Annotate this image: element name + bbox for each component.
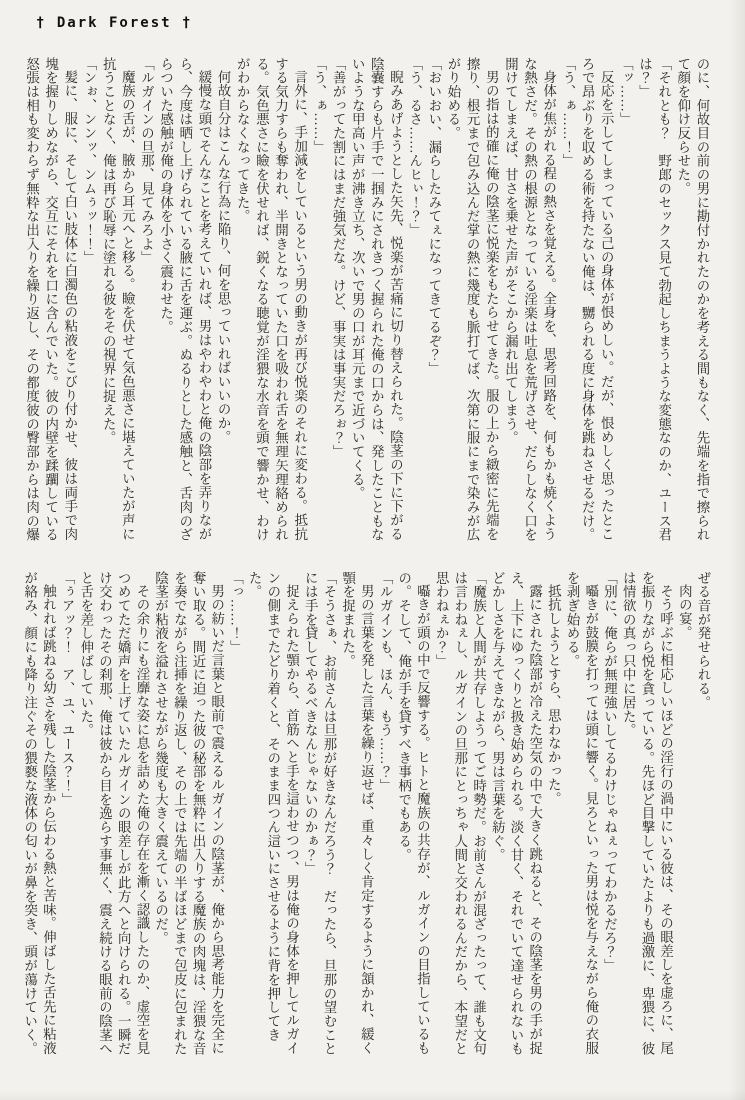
paragraph: 「善がってた割にはまだ強気だな。けど、事実は事実だろぉ？」 — [329, 57, 348, 543]
paragraph: 「そうさぁ、お前さんは旦那が好きなんだろう？ だったら、旦那の望むことには手を貸… — [301, 571, 338, 1059]
scanned-novel-page: † Dark Forest † のに、何故目の前の男に勘付かれたのかを考える間も… — [0, 0, 745, 1100]
paragraph: 「魔族と人間が共存しようってご時勢だ。お前さんが混ざったって、誰も文句は言わねぇ… — [431, 571, 487, 1059]
page-title: † Dark Forest † — [36, 15, 192, 31]
paragraph: 「ぅアッ？！ ア、ユ、ユース？！」 — [57, 571, 76, 1059]
paragraph: 睨みあげようとした矢先、悦楽が苦痛に切り替えられた。陰茎の下に下がる陰嚢すらも片… — [348, 57, 405, 543]
paragraph: 「う、ぁ……！」 — [559, 57, 578, 543]
paragraph: 「っ……！」 — [226, 571, 245, 1059]
paragraph: 男の紡いだ言葉と眼前で震えるルガインの陰茎が、俺から思考能力を完全に奪い取る。間… — [151, 571, 226, 1059]
paragraph: 身体が焦がれる程の熱さを覚える。全身を、思考回路を、何もかも焼くような熱さだ。そ… — [501, 57, 558, 543]
page-bottom-shadow — [0, 1090, 745, 1100]
paragraph: 男の指は的確に俺の陰茎に悦楽をもたらせてきた。服の上から緻密に先端を擦り、根元ま… — [444, 57, 501, 543]
paragraph: 肉の宴。 — [675, 571, 694, 1059]
paragraph: 「う、るさ……んヒぃ！？」 — [406, 57, 425, 543]
paragraph: その余りにも淫靡な姿に息を詰めた俺の存在を漸く認識したのか、虚空を見つめてただ嬌… — [76, 571, 151, 1059]
paragraph: のに、何故目の前の男に勘付かれたのかを考える間もなく、先端を指で擦られて顔を仰け… — [674, 57, 712, 543]
paragraph: そう呼ぶに相応しいほどの淫行の渦中にいる彼は、その眼差しを虚ろに、尾を振りながら… — [618, 571, 674, 1059]
paragraph: 緩慢な頭でそんなことを考えていれば、男はやわやわと俺の陰部を弄りながら、今度は晒… — [156, 57, 213, 543]
paragraph: 「ルガインの旦那、見てみろよ」 — [137, 57, 156, 543]
paragraph: 「それとも？ 野郎のセックス見て勃起しちまうような変態なのか、ユース君は？」 — [635, 57, 673, 543]
paragraph: 抵抗しようとすら、思わなかった。 — [544, 571, 563, 1059]
paragraph: 露にされた陰部が冷えた空気の中で大きく跳ねると、その陰茎を男の手が捉え、上下にゆ… — [488, 571, 544, 1059]
paragraph: 反応を示してしまっている己の身体が恨めしい。だが、恨めしく思ったところで昂ぶりを… — [578, 57, 616, 543]
paragraph: 「ンぉ、ンンッ、ンムぅッ！！」 — [80, 57, 99, 543]
text-block-top: のに、何故目の前の男に勘付かれたのかを考える間もなく、先端を指で擦られて顔を仰け… — [34, 57, 712, 543]
page-edge-shadow — [729, 0, 745, 1100]
text-block-bottom: ぜる音が発せられる。肉の宴。そう呼ぶに相応しいほどの淫行の渦中にいる彼は、その眼… — [34, 571, 712, 1059]
paragraph: 髪に、服に、そして白い肢体に白濁色の粘液をこびり付かせ、彼は両手で肉塊を握りしめ… — [22, 57, 79, 543]
paragraph: 魔族の舌が、腋から耳元へと移る。瞼を伏せて気色悪さに堪えていたが声に抗うことなく… — [99, 57, 137, 543]
paragraph: 捉えられた顎から、首筋へと手を這わせつつ、男は俺の身体を押してルガインの側までた… — [244, 571, 300, 1059]
paragraph: ぜる音が発せられる。 — [693, 571, 712, 1059]
paragraph: 男の言葉を発した言葉を繰り返せば、重々しく肯定するように頷かれ、緩く顎を捉まれた… — [338, 571, 375, 1059]
paragraph: 「ルガインも、ほん、もう……？」 — [375, 571, 394, 1059]
paragraph: 「う、ぁ……」 — [310, 57, 329, 543]
paragraph: 囁きが鼓膜を打っては頭に響く。見ろといった男は悦を与えながら俺の衣服を剥ぎ始める… — [562, 571, 599, 1059]
paragraph: 囁きが頭の中で反響する。ヒトと魔族の共存が、ルガインの目指しているもの。そして、… — [394, 571, 431, 1059]
paragraph: 触れれば跳ねる幼さを残した陰茎から伝わる熱と苦味。伸ばした舌先に粘液が絡み、顔に… — [20, 571, 57, 1059]
paragraph: 「別に、俺らが無理強いしてるわけじゃねぇってわかるだろ？」 — [600, 571, 619, 1059]
paragraph: 「ッ……」 — [616, 57, 635, 543]
paragraph: 何故自分はこんな行為に陥り、何を思っていればいいのか。 — [214, 57, 233, 543]
paragraph: 「おいおい、漏らしたみてぇになってきてるぞ？」 — [425, 57, 444, 543]
paragraph: 言外に、手加減をしているという男の動きが再び悦楽のそれに変わる。抵抗する気力すら… — [233, 57, 310, 543]
